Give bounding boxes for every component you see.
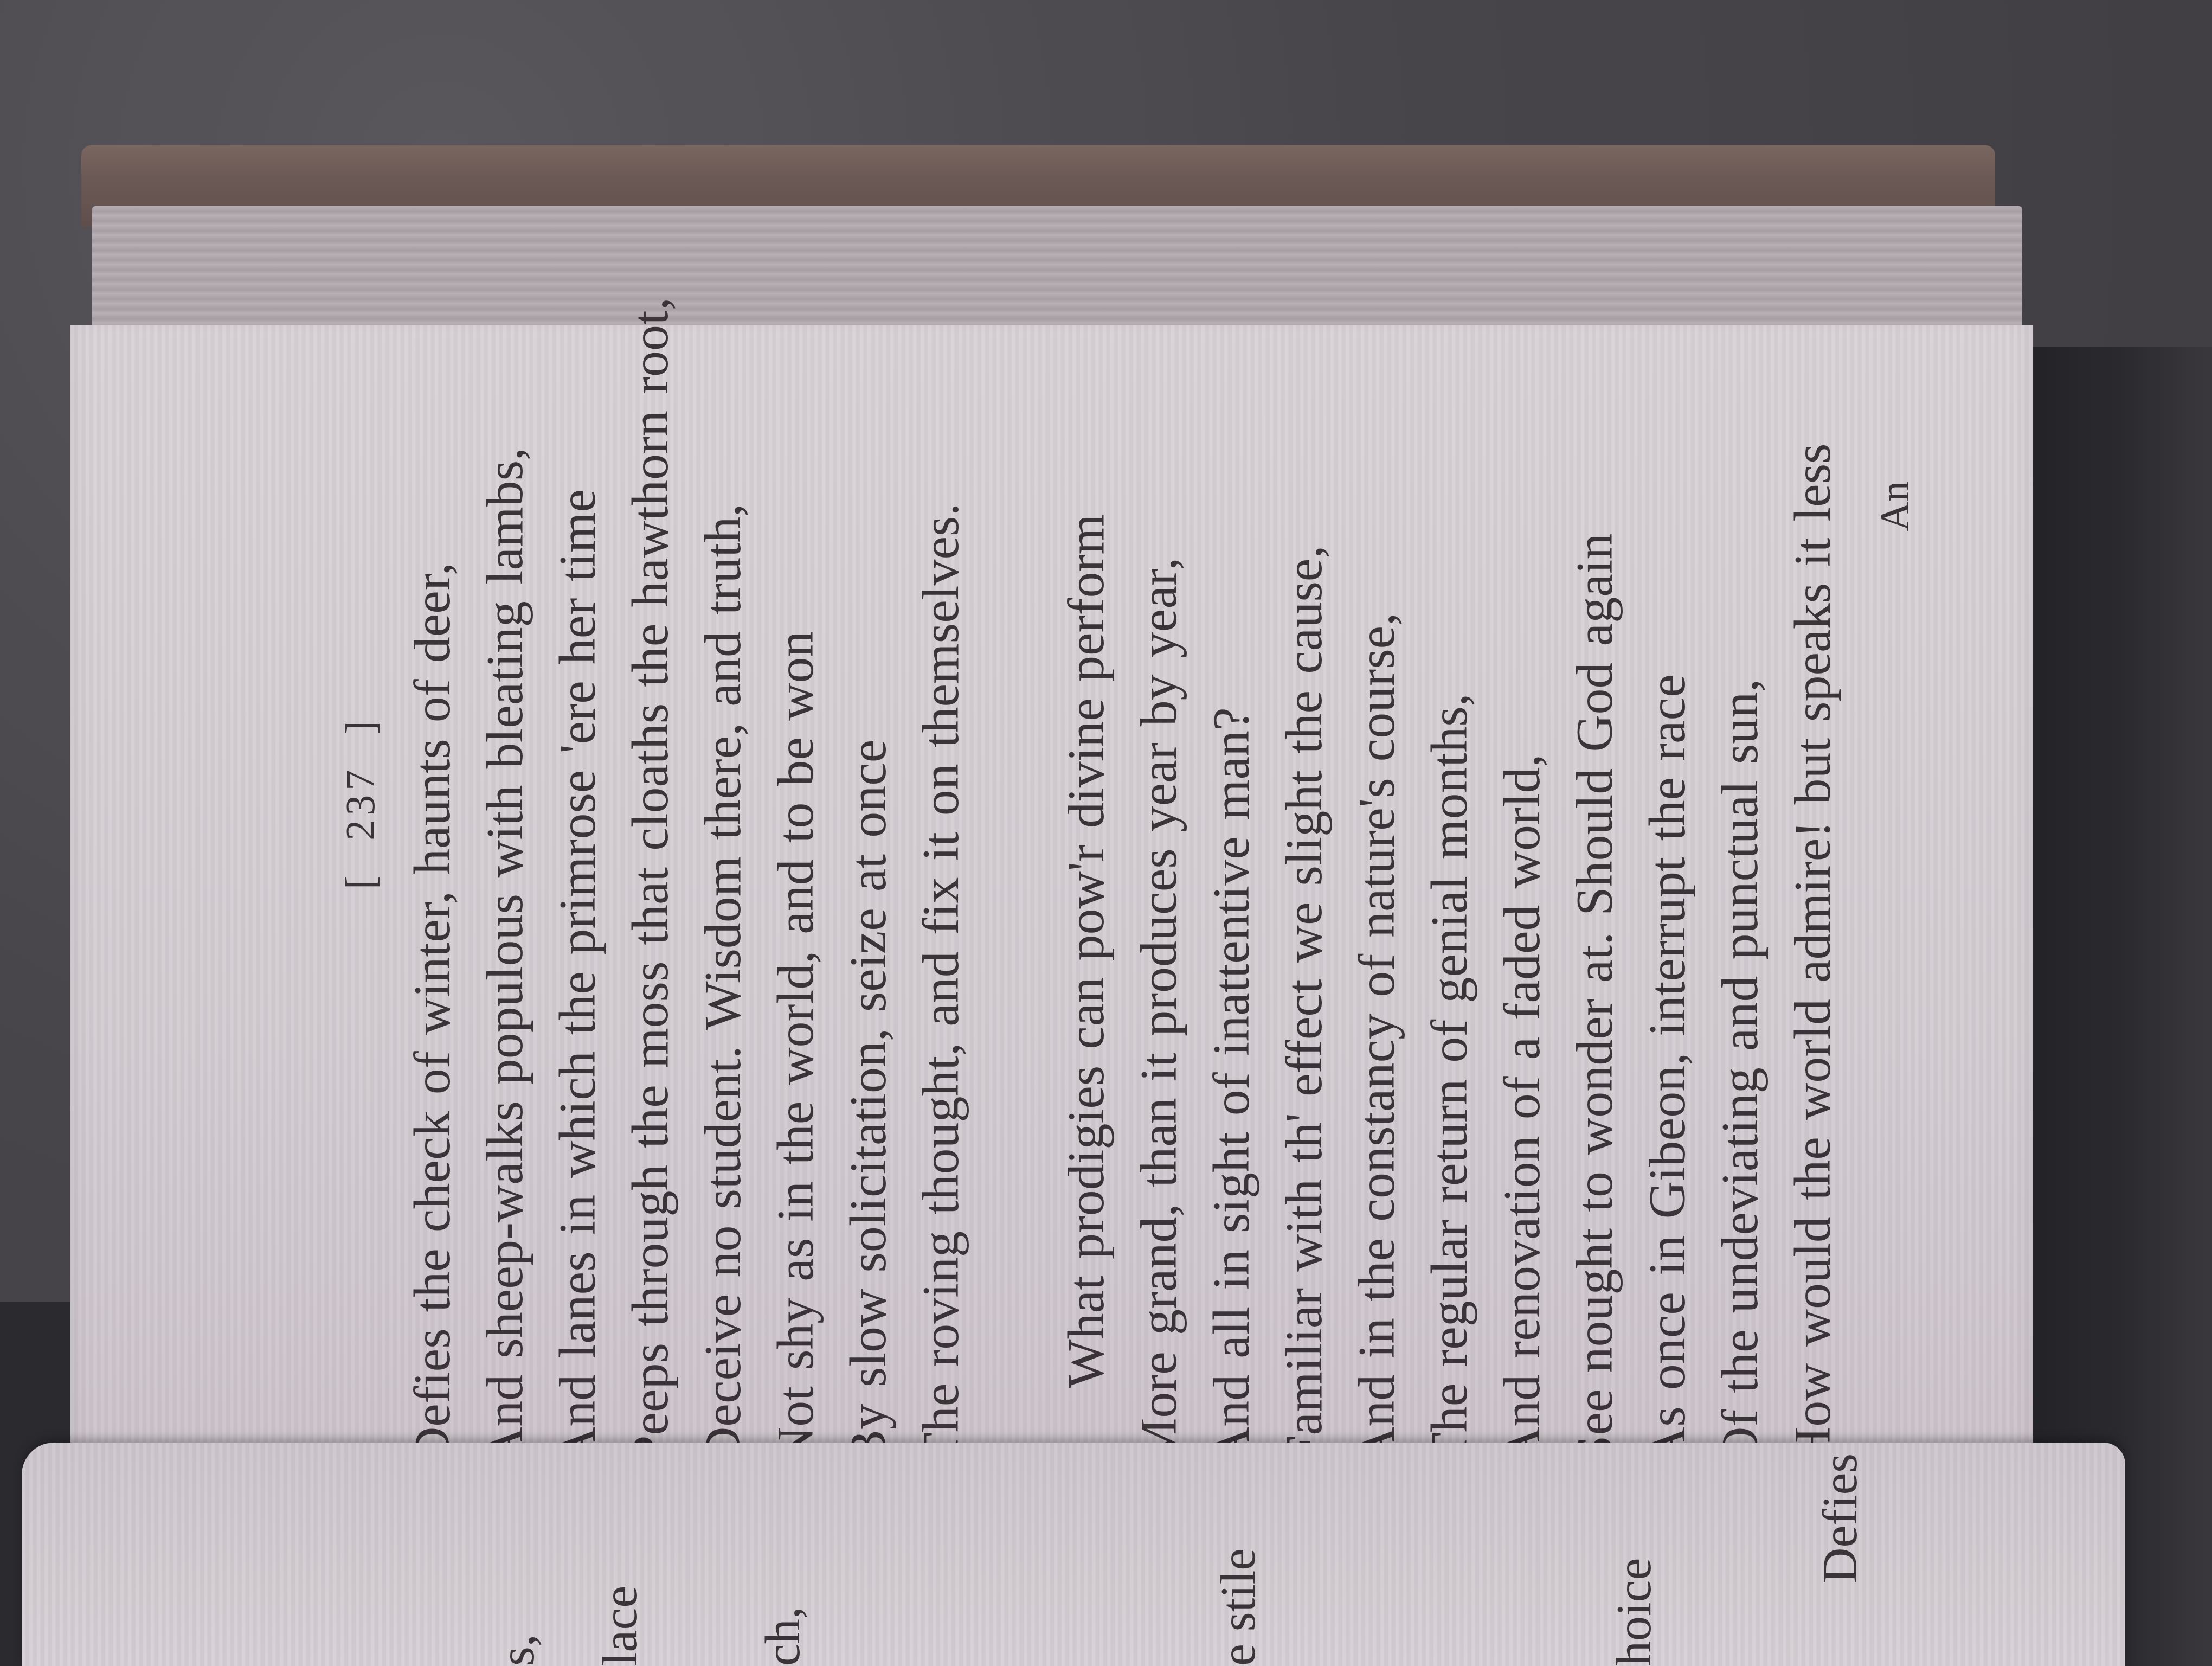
verse-line: Defies the check of winter, haunts of de… bbox=[396, 325, 468, 1464]
verse-line: The regular return of genial months, bbox=[1413, 325, 1486, 1464]
catchword: An bbox=[1865, 325, 1925, 1464]
verse-line: And lanes in which the primrose 'ere her… bbox=[541, 325, 614, 1464]
stanza-2: What prodigies can pow'r divine perform … bbox=[1050, 325, 1849, 1464]
verse-line: Of the undeviating and punctual sun, bbox=[1703, 325, 1776, 1464]
verse-line: Not shy as in the world, and to be won bbox=[759, 325, 832, 1464]
verse-line: What prodigies can pow'r divine perform bbox=[1050, 325, 1122, 1464]
verse-line: Peeps through the moss that cloaths the … bbox=[614, 325, 686, 1464]
facing-page-fragment: hoice bbox=[1605, 1558, 1662, 1666]
page-text: [ 237 ] Defies the check of winter, haun… bbox=[325, 325, 1925, 1464]
verse-line: The roving thought, and fix it on themse… bbox=[904, 325, 977, 1464]
verse-line: And renovation of a faded world, bbox=[1486, 325, 1558, 1464]
verse-line: Deceive no student. Wisdom there, and tr… bbox=[686, 325, 759, 1464]
verse-line: How would the world admire! but speaks i… bbox=[1776, 325, 1849, 1464]
stanza-break bbox=[977, 325, 1050, 1464]
facing-page-fragment: lace bbox=[591, 1586, 648, 1666]
verse-line: As once in Gibeon, interrupt the race bbox=[1631, 325, 1703, 1464]
facing-page-catchword: Defies bbox=[1811, 1453, 1868, 1584]
page-block-edge bbox=[92, 206, 2022, 336]
book-page-left-facing bbox=[22, 1443, 2125, 1666]
verse-line: See nought to wonder at. Should God agai… bbox=[1558, 325, 1631, 1464]
stanza-1: Defies the check of winter, haunts of de… bbox=[396, 325, 977, 1464]
verse-line: And sheep-walks populous with bleating l… bbox=[468, 325, 541, 1464]
page-number: [ 237 ] bbox=[325, 325, 396, 1464]
verse-line: And in the constancy of nature's course, bbox=[1340, 325, 1413, 1464]
facing-page-fragment: ch, bbox=[754, 1606, 811, 1666]
verse-line: Familiar with th' effect we slight the c… bbox=[1268, 325, 1340, 1464]
facing-page-fragment: s, bbox=[488, 1634, 545, 1666]
verse-line: More grand, than it produces year by yea… bbox=[1122, 325, 1195, 1464]
verse-line: And all in sight of inattentive man? bbox=[1195, 325, 1268, 1464]
facing-page-fragment: e stile bbox=[1209, 1548, 1266, 1666]
verse-line: By slow solicitation, seize at once bbox=[832, 325, 904, 1464]
